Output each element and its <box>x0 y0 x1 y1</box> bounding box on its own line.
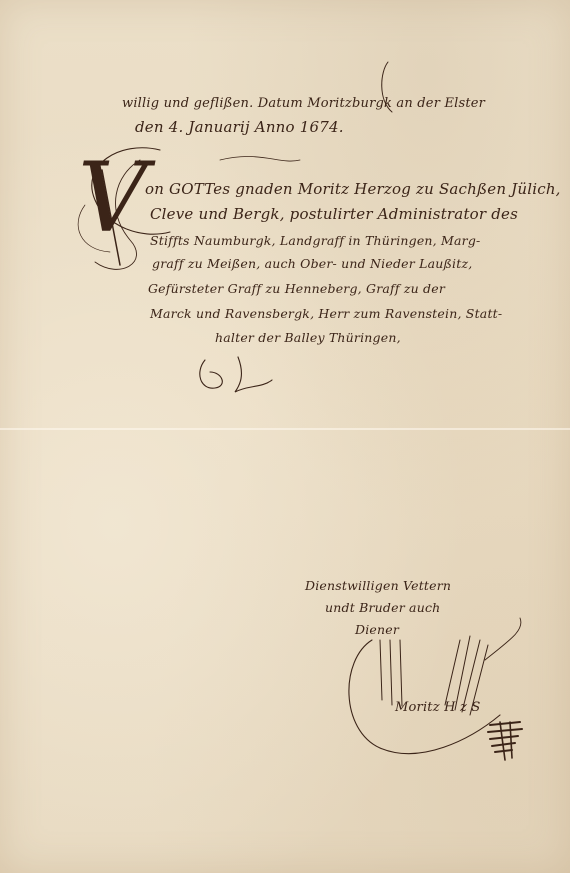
closing-line-2: undt Bruder auch <box>325 600 440 615</box>
title-line-4: graff zu Meißen, auch Ober- und Nieder L… <box>152 256 472 271</box>
date-line: den 4. Januarij Anno 1674. <box>135 118 344 136</box>
title-line-1: on GOTTes gnaden Moritz Herzog zu Sachße… <box>145 180 561 198</box>
opening-line-1: willig und geflißen. Datum Moritzburgk a… <box>122 96 485 111</box>
title-line-2: Cleve und Bergk, postulirter Administrat… <box>150 205 518 223</box>
title-line-6: Marck und Ravensbergk, Herr zum Ravenste… <box>150 306 502 321</box>
title-line-3: Stiffts Naumburgk, Landgraff in Thüringe… <box>150 233 481 248</box>
title-line-5: Gefürsteter Graff zu Henneberg, Graff zu… <box>148 281 445 296</box>
title-line-7: halter der Balley Thüringen, <box>215 330 401 345</box>
closing-line-3: Diener <box>355 622 399 637</box>
decorated-initial: V <box>78 150 147 246</box>
closing-line-1: Dienstwilligen Vettern <box>305 578 451 593</box>
signature: Moritz H z S <box>395 700 480 715</box>
manuscript-page: willig und geflißen. Datum Moritzburgk a… <box>0 0 570 873</box>
